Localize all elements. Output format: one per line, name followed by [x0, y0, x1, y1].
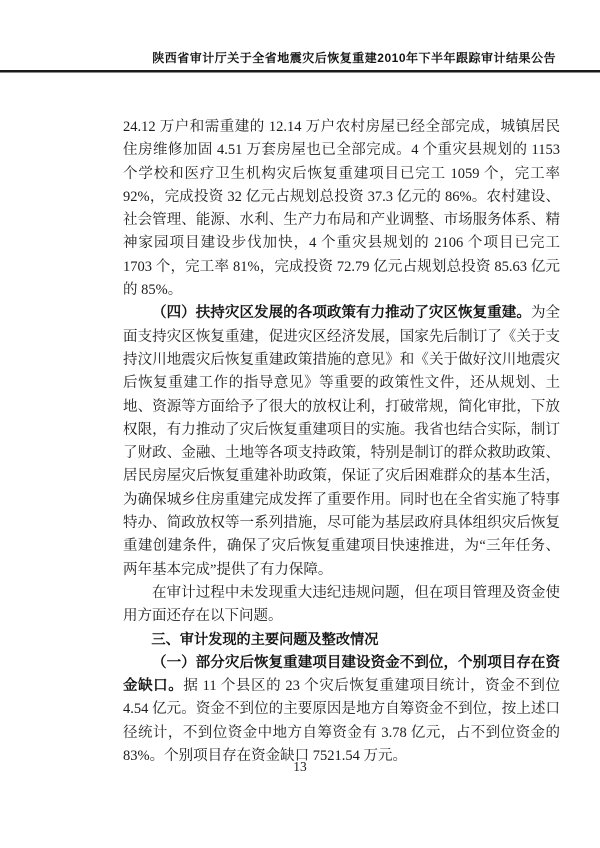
paragraph-funding-shortfall: （一）部分灾后恢复重建项目建设资金不到位，个别项目存在资金缺口。据 11 个县区… [123, 652, 560, 768]
section-heading-problems: 三、审计发现的主要问题及整改情况 [123, 629, 560, 652]
document-body: 24.12 万户和需重建的 12.14 万户农村房屋已经全部完成，城镇居民住房维… [123, 116, 560, 768]
header-rule-divider [0, 70, 600, 73]
document-page: 陕西省审计厅关于全省地震灾后恢复重建2010年下半年跟踪审计结果公告 24.12… [0, 0, 600, 848]
paragraph-reconstruction-progress: 24.12 万户和需重建的 12.14 万户农村房屋已经全部完成，城镇居民住房维… [123, 116, 560, 302]
paragraph-audit-note: 在审计过程中未发现重大违纪违规问题，但在项目管理及资金使用方面还存在以下问题。 [123, 582, 560, 629]
paragraph-policy-support-lead: （四）扶持灾区发展的各项政策有力推动了灾区恢复重建。 [152, 305, 531, 321]
paragraph-policy-support-body: 为全面支持灾区恢复重建，促进灾区经济发展，国家先后制订了《关于支持汶川地震灾后恢… [123, 305, 560, 577]
page-number: 13 [0, 759, 600, 775]
running-header-title: 陕西省审计厅关于全省地震灾后恢复重建2010年下半年跟踪审计结果公告 [0, 49, 556, 66]
paragraph-funding-shortfall-body: 据 11 个县区的 23 个灾后恢复重建项目统计，资金不到位 4.54 亿元。资… [123, 678, 560, 764]
paragraph-policy-support: （四）扶持灾区发展的各项政策有力推动了灾区恢复重建。为全面支持灾区恢复重建，促进… [123, 302, 560, 582]
